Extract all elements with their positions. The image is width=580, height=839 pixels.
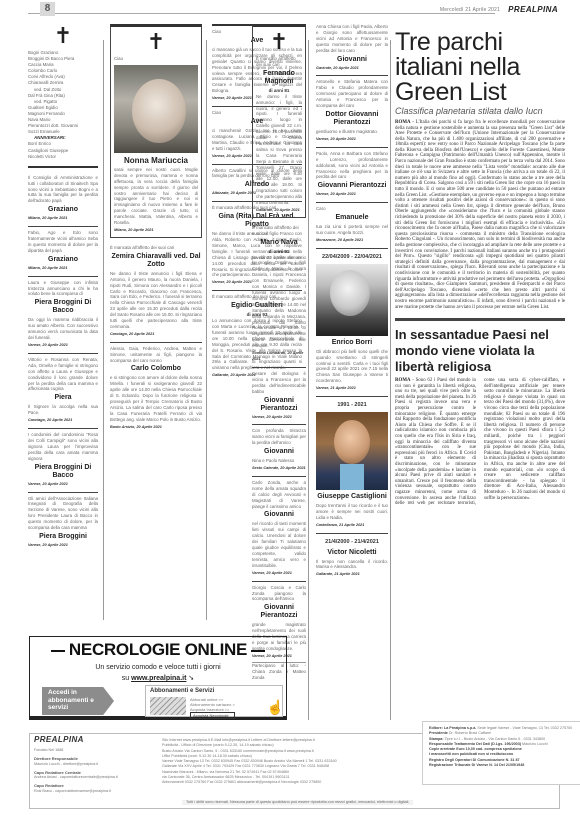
notice-place-date: Milano, 20 Aprile 2021 <box>28 216 98 222</box>
notice-text: Ne danno il triste annuncio i figli Elen… <box>110 271 202 330</box>
index-entry: Nicoletti Victor <box>28 154 98 160</box>
article-subtitle: Classifica planetaria stilata dallo Iucn <box>395 109 565 115</box>
article-dateline: ROMA <box>395 378 410 383</box>
notice-place-date: Sesto Calende, 20 Aprile 2021 <box>252 466 306 472</box>
notice-intro: Alessio, Gaia, Federico, Andrea, Matteo … <box>110 346 202 364</box>
anniversary-years: 22/04/2009 - 22/04/2021 <box>316 255 388 261</box>
notice-text: nel ricordo di tanti momenti lieti vissu… <box>252 521 306 568</box>
notice-text: Il Signore la accolga nella sua Pace. <box>28 404 98 416</box>
services-menu: Abbonati online >>Abbonamento cartaceo >… <box>190 697 235 719</box>
editorial-staff: Fondato Nel 1888 Direttore Responsabile … <box>34 748 156 794</box>
notice-text: Paolo, Anna e Barbara con Stefano e Lore… <box>316 151 388 181</box>
obituary-notice: I condomini del condominio "Rosa dei Col… <box>28 428 98 487</box>
notice-place-date: Varese, 20 Aprile 2021 <box>28 343 98 349</box>
contact-line: Abbonamenti 0332 275760 Fax 0332 275801 … <box>162 780 402 785</box>
deceased-name: Giovanni <box>316 56 388 64</box>
notice-pierantozzi-3: Carlo Zonda, anche a nome della amata sq… <box>252 476 306 577</box>
deceased-name: Enrico Borri <box>316 339 388 347</box>
notice-text: e si stringono con amore al dolore della… <box>110 375 202 422</box>
notice-text: Ne danno il triste annuncio la moglie Or… <box>252 255 306 350</box>
portrait-photo <box>114 65 198 153</box>
page-header: 8 Mercoledì 21 Aprile 2021 PREALPINA <box>0 0 580 20</box>
deceased-name: Carlo Colombo <box>110 365 202 373</box>
notice-place-date: Varese, 21 Aprile 2021 <box>316 386 388 392</box>
masthead-logo: PREALPINA <box>508 5 558 14</box>
cursor-icon: ➘ <box>188 675 194 682</box>
anniversary-castiglioni: 1991 - 2021 Giuseppe Castiglioni Dopo tr… <box>316 396 388 529</box>
notice-text: Il tempo non cancella il ricordo. Marisa… <box>316 559 388 571</box>
anniversary-nicoletti: 21/4/2000 - 21/4/2021 Victor Nicoletti I… <box>316 533 388 579</box>
notice-place-date: Somma Lombardo, 20 Aprile 2021 <box>252 351 306 363</box>
column-divider <box>390 40 391 720</box>
notice-pierantozzi-1: Cesare del Bologna è vicino a Francesco … <box>252 367 306 421</box>
notice-giovanni-3: Paolo, Anna e Barbara con Stefano e Lore… <box>316 147 388 198</box>
notice-place-date: Varese, 20 Aprile 2021 <box>316 192 388 198</box>
obituary-notice: Gli amici dell'Associazione Italiana Ins… <box>28 492 98 549</box>
deceased-name: Giovanni <box>252 448 306 456</box>
article-body-2: ROMA - Sono 62 i Paesi del mondo in cui … <box>395 378 565 507</box>
notice-text: Il Consiglio di Amministrazione e tutti … <box>28 175 98 205</box>
notice-text: Carlo Zonda, anche a nome della amata sq… <box>252 480 306 510</box>
deceased-name: Giovanni Pierantozzi <box>252 604 306 620</box>
deceased-name: Giovanni Pierantozzi <box>316 182 388 190</box>
service-link[interactable]: Acquista Inserzioni >> <box>190 707 235 712</box>
notice-text: Con profonda tristezza siamo vicini ai f… <box>252 428 306 446</box>
column-five: Anna Chiesa con i figli Paola, Alberto e… <box>316 24 388 578</box>
cross-icon: ✝ <box>28 24 98 50</box>
portrait-photo <box>316 412 388 490</box>
website-link[interactable]: www.prealpina.it <box>131 675 186 682</box>
notice-text: Ne danno il triste annuncio: i figli, la… <box>256 94 302 206</box>
services-panel: Abbonamenti e Servizi Abbonati online >>… <box>145 685 283 717</box>
access-services-button[interactable]: Accedi in abbonamenti e servizi <box>42 687 114 715</box>
notice-text: Da oggi la mamma riabbraccia il suo amat… <box>28 317 98 341</box>
notice-intro: È mancato all'affetto dei suoi cari <box>252 225 306 237</box>
article-text: - L'Italia dei parchi si fa largo fra le… <box>395 120 565 310</box>
notice-place-date: Casciago, 20 Aprile 2021 <box>28 418 98 424</box>
rights-notice: Tutti i diritti sono riservati. Nessuna … <box>182 800 413 805</box>
deceased-name: Graziano <box>28 206 98 214</box>
necrologie-online-ad: NECROLOGIE ONLINE Un servizio comodo e v… <box>29 636 287 720</box>
greeting: Caro <box>316 206 388 212</box>
obituary-notice: Laura e Giuseppe con infinita tristezza … <box>28 276 98 349</box>
notice-place-date: Varese, 20 Aprile 2021 <box>316 137 388 143</box>
column-divider <box>308 40 309 720</box>
article-headline: Tre parchi italiani nella Green List <box>395 30 565 105</box>
deceased-name: Emanuele <box>316 214 388 222</box>
notice-text: sarai sempre nei nostri cuori. Moglie de… <box>114 167 198 226</box>
obituary-index: Bogni GrazianoBroggini Di Bacco PieraCac… <box>28 50 98 160</box>
notice-text: gentiluomo e illustre magistrato. <box>316 129 388 135</box>
notice-text: tua zia Lina ti porterà sempre nel suo c… <box>316 224 388 236</box>
notice-text: Anna Chiesa con i figli Paola, Alberto e… <box>316 24 388 54</box>
notice-pierantozzi-2: Con profonda tristezza siamo vicini ai f… <box>252 424 306 472</box>
deceased-name: Piera Broggini Di Bacco <box>28 464 98 480</box>
publisher-line: Registrazione Tribunale Di Varese N. 14 … <box>429 763 578 768</box>
publisher-info: Editore: La Prealpina s.p.a. Sede legale… <box>422 721 580 785</box>
cross-icon: ✝ <box>114 30 198 56</box>
notice-place-date: Gallarate, 20 Aprile 2021 <box>256 208 302 214</box>
notice-place-date: Gavirate, 20 Aprile 2021 <box>316 66 388 72</box>
anniversary-borri: 22/04/2009 - 22/04/2021 Enrico Borri Gli… <box>316 248 388 392</box>
column-index: ✝ Bogni GrazianoBroggini Di Bacco PieraC… <box>28 24 98 549</box>
portrait-photo <box>316 264 388 336</box>
notice-place-date: Varese, 20 Aprile 2021 <box>28 482 98 488</box>
notice-place-date: Gallarate, 21 Aprile 2021 <box>316 572 388 578</box>
service-link[interactable]: Acquista Necrologie <box>190 712 235 719</box>
founded-year: Fondato Nel 1888 <box>34 748 156 753</box>
deceased-name: Mario Nava <box>252 239 306 247</box>
greeting: Ciao <box>114 56 198 62</box>
footer-logo: PREALPINA <box>34 737 84 742</box>
editor: Rosi Bravo - caporedattorevarese@prealpi… <box>34 789 156 794</box>
notice-place-date: Castellanza, 21 Aprile 2021 <box>316 523 388 529</box>
deceased-name: Piera Broggini <box>28 533 98 541</box>
chief-editor: Andrea Aniasi - caporedattorecentrale@pr… <box>34 775 156 780</box>
notice-intro: È mancato all'affetto dei suoi cari <box>256 56 302 68</box>
cross-icon: ✝ <box>256 30 302 56</box>
column-four: ✝ È mancato all'affetto dei suoi cari Fe… <box>252 24 306 681</box>
notice-place-date: Casciago, 20 Aprile 2021 <box>110 332 202 338</box>
notice-text: Laura e Giuseppe con infinita tristezza … <box>28 280 98 298</box>
deceased-name: Giovanni <box>252 511 306 519</box>
article-text: - Sono 62 i Paesi del mondo in cui non è… <box>395 378 565 506</box>
obituary-notice: Il Consiglio di Amministrazione e tutti … <box>28 172 98 222</box>
notice-intro: È mancata all'affetto dei suoi cari <box>110 245 202 251</box>
deceased-name: Giovanni Pierantozzi <box>252 397 306 413</box>
notice-emanuele: Caro Emanuele tua zia Lina ti porterà se… <box>316 202 388 244</box>
deceased-name: Piera Broggini Di Bacco <box>28 299 98 315</box>
deceased-name: Zemira Chiaravalli ved. Dal Zotto <box>110 253 202 269</box>
notice-text: Cesare del Bologna è vicino a Francesco … <box>252 371 306 395</box>
notice-giovanni-1: Anna Chiesa con i figli Paola, Alberto e… <box>316 24 388 71</box>
pointing-hand-icon: ☝ <box>267 699 284 716</box>
article-dateline: ROMA <box>395 120 410 125</box>
notice-text: Dopo trent'anni il tuo ricordo e il tuo … <box>316 503 388 521</box>
header-rule <box>28 13 495 14</box>
notice-text: Giorgio Coscia e Carlo Zonda piangono la… <box>252 585 306 603</box>
notice-text: Antonello e Stefania Matera con Fabio e … <box>316 79 388 109</box>
notice-giovanni-2: Antonello e Stefania Matera con Fabio e … <box>316 75 388 142</box>
obituary-notice: Fabio, Ago e Edo sono fraternamente vici… <box>28 226 98 272</box>
notice-place-date: Varese, 20 Aprile 2021 <box>28 543 98 549</box>
notice-mariuccia: ✝ Ciao Nonna Mariuccia sarai sempre nei … <box>110 24 202 238</box>
deceased-name: Giuseppe Castiglioni <box>316 493 388 501</box>
ad-tagline: Un servizio comodo e veloce tutti i gior… <box>30 664 286 671</box>
director: Maurizio Lucchi - direttore@prealpina.it <box>34 762 156 767</box>
notice-text: I condomini del condominio "Rosa dei Col… <box>28 432 98 462</box>
issue-date: Mercoledì 21 Aprile 2021 <box>440 7 500 13</box>
news-column: Tre parchi italiani nella Green List Cla… <box>395 30 565 507</box>
notice-text: Gli amici dell'Associazione Italiana Ins… <box>28 496 98 531</box>
notice-place-date: Morazzone, 20 Aprile 2021 <box>316 238 388 244</box>
notice-signature: Nina e Paolo Nalesso <box>252 458 306 464</box>
obituary-notice: Vittorio e Rosanna con Renata, Ada, Orne… <box>28 353 98 424</box>
notice-text: Fabio, Ago e Edo sono fraternamente vici… <box>28 230 98 254</box>
notice-fernando-magnoni: ✝ È mancato all'affetto dei suoi cari Fe… <box>252 24 306 218</box>
deceased-name: Nonna Mariuccia <box>114 156 198 165</box>
colophon: PREALPINA Fondato Nel 1888 Direttore Res… <box>29 733 560 809</box>
ad-link-line: su www.prealpina.it ➘ <box>30 674 286 682</box>
deceased-name: Victor Nicoletti <box>316 549 388 557</box>
anniversary-years: 21/4/2000 - 21/4/2021 <box>316 540 388 546</box>
notice-place-date: Milano, 20 Aprile 2021 <box>114 228 198 234</box>
anniversary-years: 1991 - 2021 <box>316 403 388 409</box>
ad-headline: NECROLOGIE ONLINE <box>30 640 286 660</box>
notice-text: Gli abbracci più belli sono quelli che q… <box>316 349 388 384</box>
article-body: ROMA - L'Italia dei parchi si fa largo f… <box>395 120 565 310</box>
deceased-name: Graziano <box>28 256 98 264</box>
notice-carlo-colombo: Alessio, Gaia, Federico, Andrea, Matteo … <box>110 342 202 431</box>
notice-place-date: Busto Arsizio, 20 Aprile 2021 <box>110 425 202 431</box>
notice-mario-nava: È mancato all'affetto dei suoi cari Mari… <box>252 222 306 363</box>
contacts: Sito Internet www.prealpina.it E-Mail in… <box>162 738 402 786</box>
deceased-name: Dottor Giovanni Pierantozzi <box>316 111 388 127</box>
column-divider <box>103 40 104 620</box>
deceased-name: Piera <box>28 394 98 402</box>
services-title: Abbonamenti e Servizi <box>150 688 214 694</box>
newspaper-image <box>150 697 186 715</box>
column-divider <box>206 40 207 620</box>
column-two: ✝ Ciao Nonna Mariuccia sarai sempre nei … <box>110 24 202 431</box>
notice-place-date: Varese, 20 Aprile 2021 <box>252 415 306 421</box>
notice-place-date: Varese, 20 Aprile 2021 <box>252 571 306 577</box>
notice-place-date: Milano, 20 Aprile 2021 <box>28 266 98 272</box>
article-headline-2: In sessantadue Paesi nel mondo viene vio… <box>395 318 565 375</box>
page-number: 8 <box>40 2 55 16</box>
notice-zemira: È mancata all'affetto dei suoi cari Zemi… <box>110 242 202 338</box>
deceased-name: Fernando Magnoni <box>256 70 302 86</box>
notice-text: Vittorio e Rosanna con Renata, Ada, Orne… <box>28 357 98 392</box>
